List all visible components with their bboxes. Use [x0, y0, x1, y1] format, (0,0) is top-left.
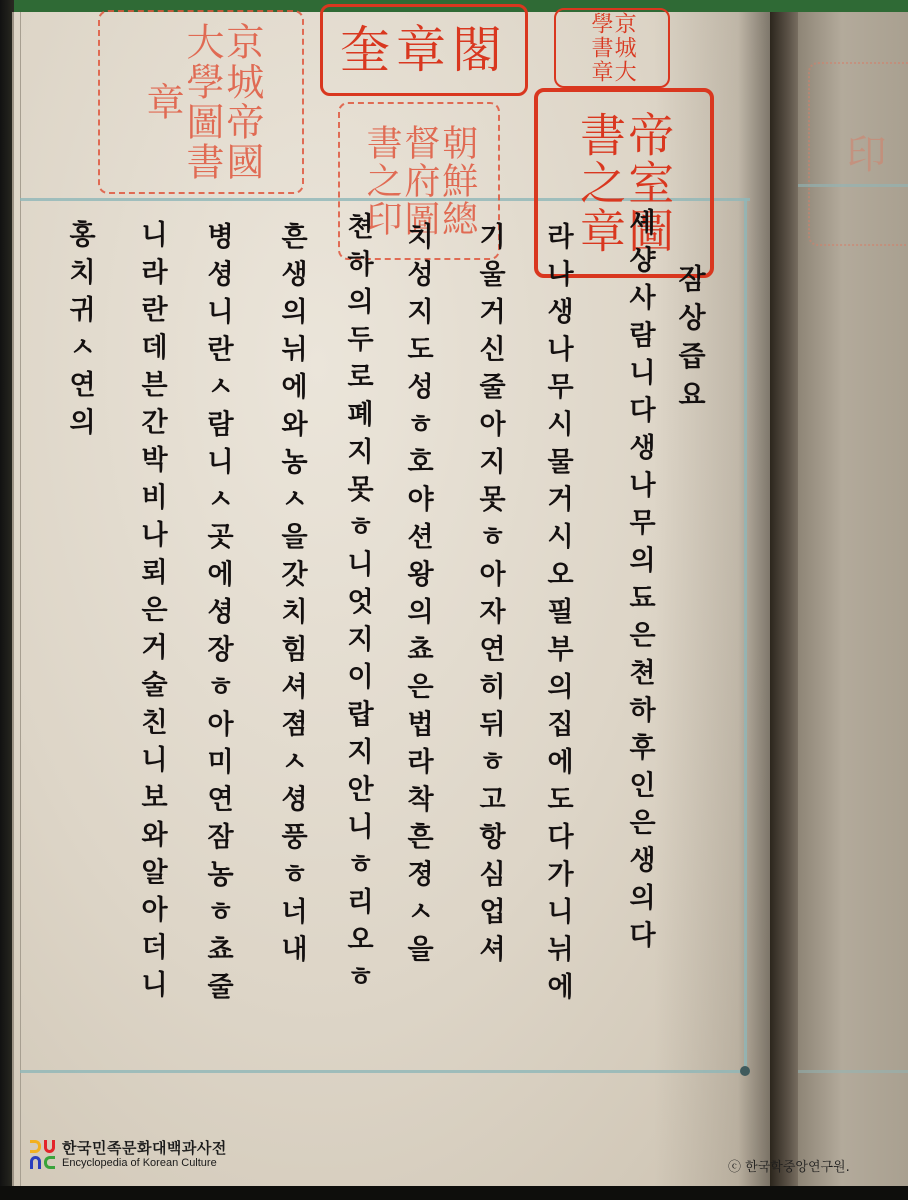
seal-bleed-through: 印 — [808, 62, 908, 246]
frame-right-line — [744, 198, 747, 1073]
watermark-korean: 한국민족문화대백과사전 — [62, 1141, 227, 1156]
encyclopedia-logo-icon — [30, 1140, 56, 1170]
text-column-5: 쳔하의두로폐지못ㅎ니엇지이랍지안니ㅎ리오ㅎ — [344, 212, 371, 1000]
book-gutter — [770, 12, 800, 1188]
book-bottom-edge — [0, 1186, 908, 1200]
frame-bottom-line — [20, 1070, 750, 1073]
text-column-2: 라나생나무시물거시오필부의집에도다가니뉘에 — [544, 222, 571, 1010]
copyright-holder: 한국학중앙연구원. — [745, 1160, 850, 1175]
facing-frame-bottom — [798, 1070, 908, 1073]
text-column-1: 셰샹사람니다생나무의됴은쳔하후인은생의다 — [626, 208, 653, 958]
encyclopedia-watermark: 한국민족문화대백과사전 Encyclopedia of Korean Cultu… — [30, 1140, 227, 1170]
text-column-title: 잠상즙요 — [676, 264, 704, 418]
text-column-7: 병셩니란ㅅ람니ㅅ곳에셩장ㅎ아미연잠농ㅎ쵸줄 — [204, 222, 231, 1010]
seal-small-university: 京城大學書章 — [554, 8, 670, 88]
text-column-3: 기울거신줄아지못ㅎ아자연히뒤ㅎ고항심업셔 — [476, 222, 503, 972]
text-column-9: 홍치귀ㅅ연의 — [66, 220, 93, 445]
text-column-4: 치성지도성ㅎ호야션왕의쵸은법라착흔졍ㅅ을 — [404, 222, 431, 972]
facing-frame-line — [798, 184, 908, 187]
copyright-icon: ⓒ — [728, 1160, 741, 1175]
watermark-english: Encyclopedia of Korean Culture — [62, 1158, 227, 1169]
copyright-notice: ⓒ 한국학중앙연구원. — [728, 1156, 850, 1175]
facing-page: 印 — [798, 12, 908, 1188]
seal-kyungsung-university: 京城帝國大學圖書章 — [98, 10, 304, 194]
text-column-8: 니라란데븐간박비나뢰은거술친니보와알아더니 — [138, 220, 165, 1008]
text-column-6: 흔생의뉘에와농ㅅ을갓치힘셔졈ㅅ셩풍ㅎ너내 — [278, 222, 305, 972]
manuscript-page: 京城帝國大學圖書章 奎章閣 朝鮮總督府圖書之印 京城大學書章 帝室圖書之章 잠상… — [12, 12, 774, 1188]
frame-corner-knot — [740, 1066, 750, 1076]
seal-kyujanggak: 奎章閣 — [320, 4, 528, 96]
